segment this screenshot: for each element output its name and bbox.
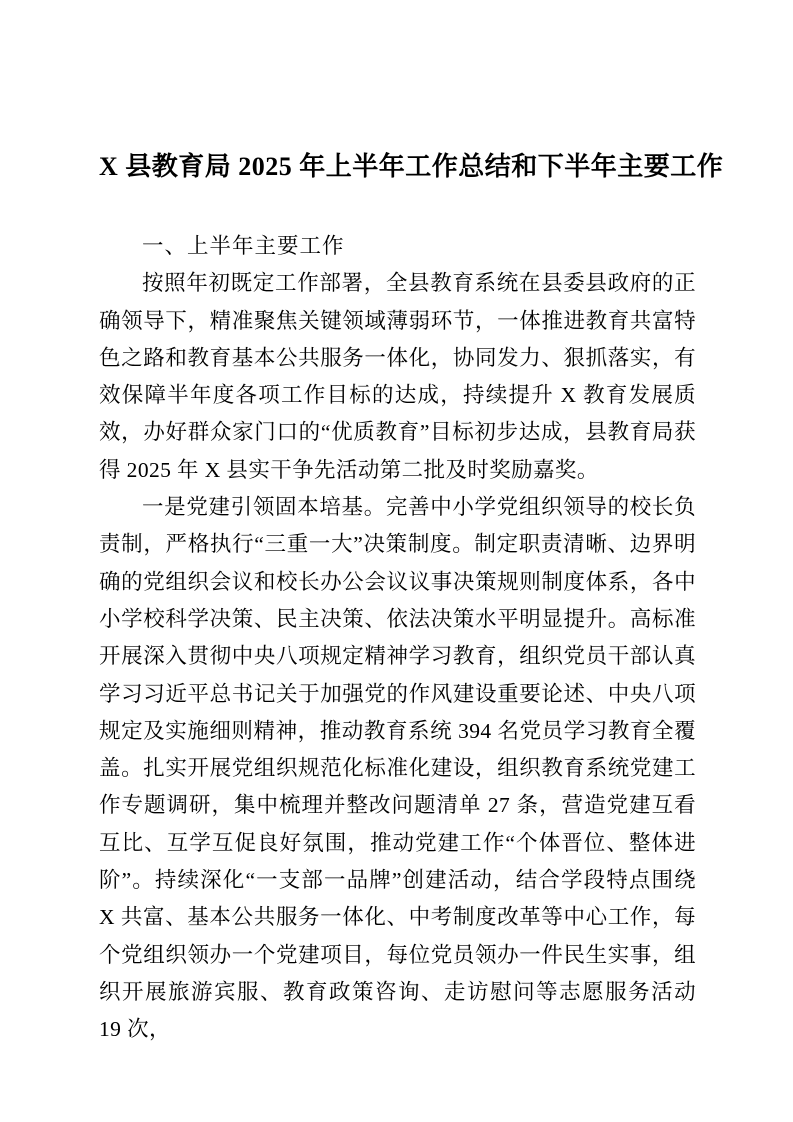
body-paragraph-2: 一是党建引领固本培基。完善中小学党组织领导的校长负责制，严格执行“三重一大”决策… bbox=[99, 489, 696, 1048]
section-heading: 一、上半年主要工作 bbox=[99, 228, 696, 265]
document-title: X 县教育局 2025 年上半年工作总结和下半年主要工作 bbox=[99, 148, 696, 185]
body-paragraph-1: 按照年初既定工作部署，全县教育系统在县委县政府的正确领导下，精准聚焦关键领域薄弱… bbox=[99, 265, 696, 489]
document-page: X 县教育局 2025 年上半年工作总结和下半年主要工作 一、上半年主要工作 按… bbox=[0, 0, 793, 1122]
